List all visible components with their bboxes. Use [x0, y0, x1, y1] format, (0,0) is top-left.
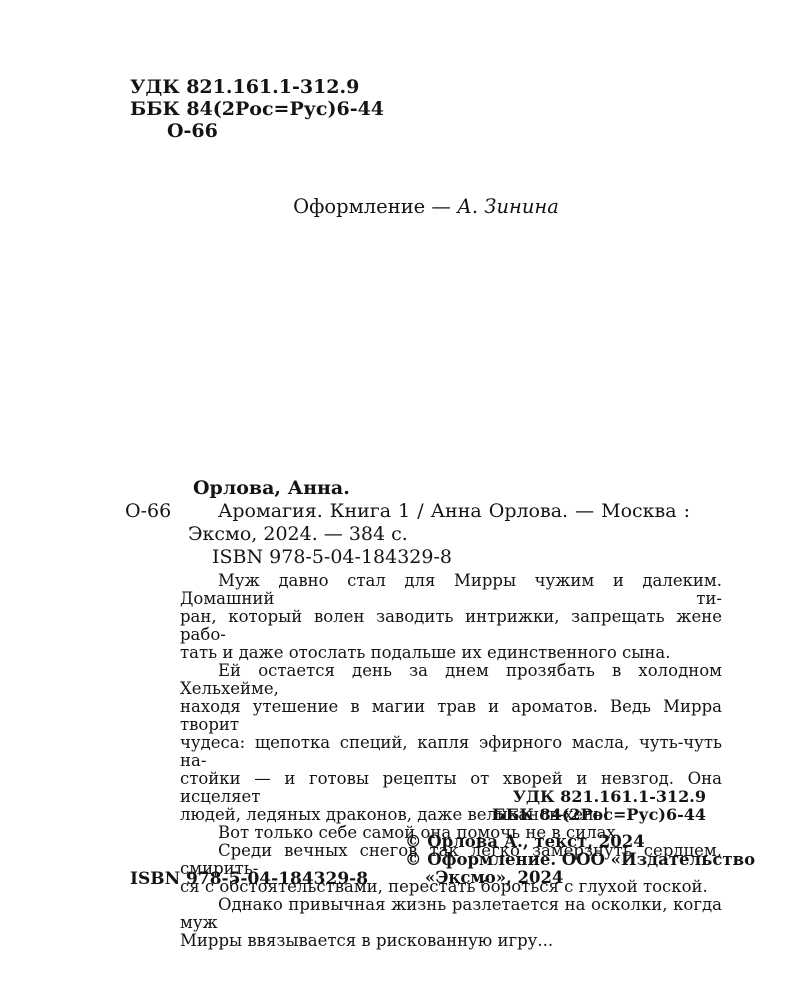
udk-line-right: УДК 821.161.1-312.9 — [492, 788, 706, 806]
copyright-design-line-2: «Эксмо», 2024 — [405, 869, 755, 887]
author-code: О-66 — [130, 120, 384, 142]
card-imprint-line: Эксмо, 2024. — 384 с. — [188, 523, 408, 545]
annotation-line: тать и даже отослать подальше их единств… — [180, 644, 722, 662]
annotation-line: чудеса: щепотка специй, капля эфирного м… — [180, 734, 722, 770]
design-credit-label: Оформление — — [293, 195, 457, 218]
annotation-line: Ей остается день за днем прозябать в хол… — [180, 662, 722, 698]
annotation-line: Однако привычная жизнь разлетается на ос… — [180, 896, 722, 932]
annotation: Муж давно стал для Мирры чужим и далеким… — [180, 572, 722, 950]
bbk-line: ББК 84(2Рос=Рус)6-44 — [130, 98, 384, 120]
copyright-text-line: © Орлова А., текст, 2024 — [405, 833, 755, 851]
card-title-line: Аромагия. Книга 1 / Анна Орлова. — Москв… — [218, 500, 690, 522]
annotation-line: находя утешение в магии трав и ароматов.… — [180, 698, 722, 734]
classification-block: УДК 821.161.1-312.9 ББК 84(2Рос=Рус)6-44… — [130, 76, 384, 142]
design-credit: Оформление — А. Зинина — [130, 195, 722, 218]
udk-line: УДК 821.161.1-312.9 — [130, 76, 384, 98]
designer-name: А. Зинина — [457, 195, 559, 218]
bbk-line-right: ББК 84(2Рос=Рус)6-44 — [492, 806, 706, 824]
copyright-design-line: © Оформление. ООО «Издательство — [405, 851, 755, 869]
imprint-page: УДК 821.161.1-312.9 ББК 84(2Рос=Рус)6-44… — [0, 0, 800, 1000]
card-author-heading: Орлова, Анна. — [193, 477, 350, 499]
annotation-line: Муж давно стал для Мирры чужим и далеким… — [180, 572, 722, 608]
annotation-line: Мирры ввязывается в рискованную игру... — [180, 932, 722, 950]
copyright-block: © Орлова А., текст, 2024 © Оформление. О… — [405, 833, 755, 887]
annotation-line: ран, который волен заводить интрижки, за… — [180, 608, 722, 644]
classification-block-right: УДК 821.161.1-312.9 ББК 84(2Рос=Рус)6-44 — [492, 788, 706, 824]
card-author-code: О-66 — [125, 500, 171, 522]
isbn-bottom: ISBN 978-5-04-184329-8 — [130, 869, 368, 889]
card-isbn: ISBN 978-5-04-184329-8 — [212, 546, 452, 568]
